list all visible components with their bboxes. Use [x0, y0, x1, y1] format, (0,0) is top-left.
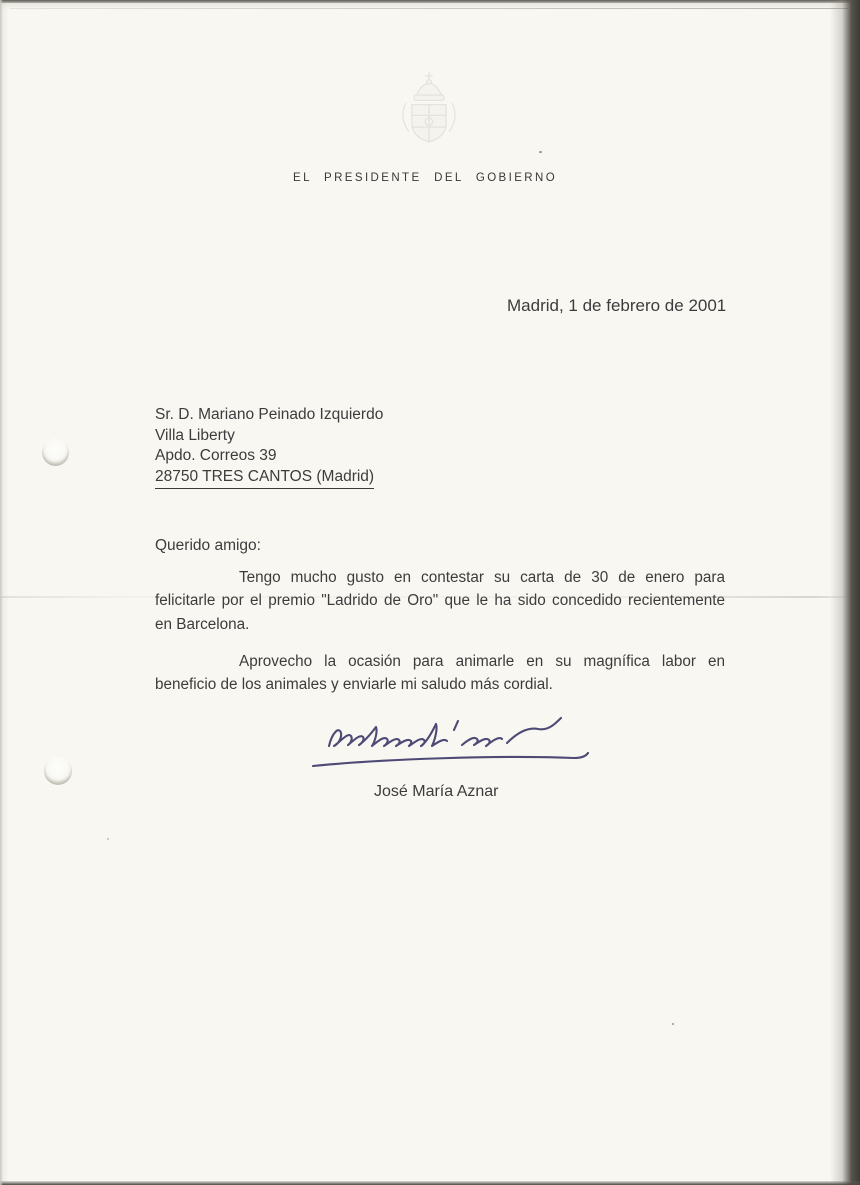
scan-edge-top	[0, 0, 860, 3]
signer-name: José María Aznar	[374, 783, 499, 801]
salutation: Querido amigo:	[155, 537, 261, 555]
recipient-po-box: Apdo. Correos 39	[155, 446, 383, 467]
paragraph-line: en Barcelona.	[155, 613, 725, 636]
recipient-city-underlined: 28750 TRES CANTOS (Madrid)	[155, 467, 374, 489]
signature-strokes	[313, 718, 588, 766]
dust-speck	[539, 151, 542, 153]
hole-punch-bottom	[44, 757, 72, 785]
fold-crease	[0, 596, 848, 598]
letter-body: Tengo mucho gusto en contestar su carta …	[155, 566, 725, 710]
paragraph-line: Tengo mucho gusto en contestar su carta …	[155, 566, 725, 589]
dust-speck	[672, 1023, 674, 1025]
letterhead-title: EL PRESIDENTE DEL GOBIERNO	[293, 172, 557, 184]
paragraph: Aprovecho la ocasión para animarle en su…	[155, 650, 725, 697]
embossed-crest-icon	[397, 66, 461, 154]
paragraph-line: felicitarle por el premio "Ladrido de Or…	[155, 589, 725, 612]
dust-speck	[107, 838, 109, 840]
handwritten-signature-icon	[302, 703, 602, 783]
paper-sheet: EL PRESIDENTE DEL GOBIERNO Madrid, 1 de …	[0, 0, 860, 1185]
recipient-address-block: Sr. D. Mariano Peinado Izquierdo Villa L…	[155, 405, 383, 489]
hole-punch-top	[42, 439, 69, 466]
date-line: Madrid, 1 de febrero de 2001	[507, 296, 726, 316]
paragraph: Tengo mucho gusto en contestar su carta …	[155, 566, 725, 636]
scanned-letter-screenshot: { "page": { "type": "scanned official le…	[0, 0, 860, 1185]
paragraph-line: beneficio de los animales y enviarle mi …	[155, 673, 725, 696]
paragraph-line: Aprovecho la ocasión para animarle en su…	[155, 650, 725, 673]
scan-edge-bottom	[0, 1181, 860, 1185]
scan-edge-right	[830, 0, 860, 1185]
scan-edge-left	[0, 0, 3, 1185]
recipient-house: Villa Liberty	[155, 426, 383, 447]
scan-paper-edge-line	[10, 8, 848, 9]
recipient-name: Sr. D. Mariano Peinado Izquierdo	[155, 405, 383, 426]
